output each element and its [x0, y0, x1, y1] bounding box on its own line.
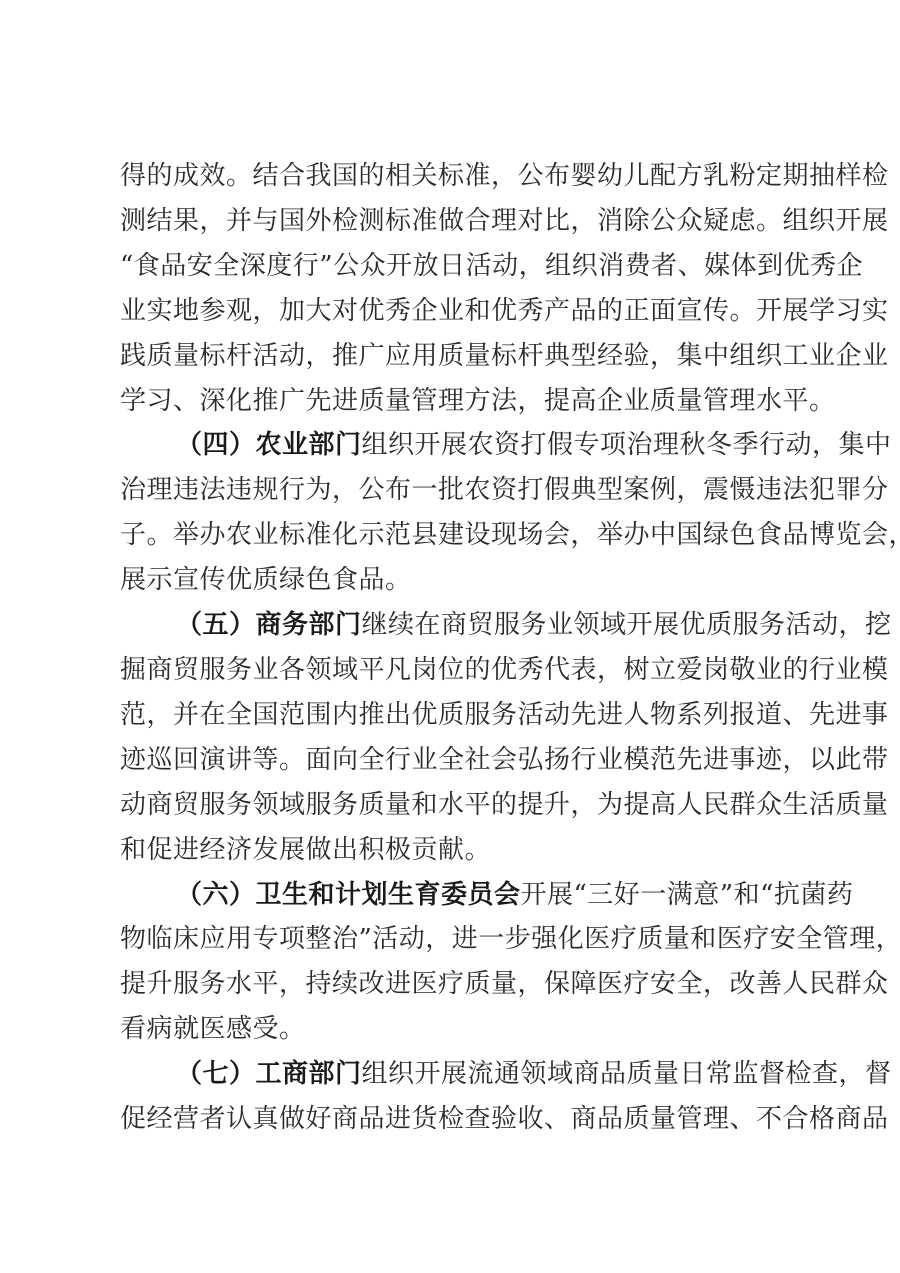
text-line: （四）农业部门组织开展农资打假专项治理秋冬季行动，集中 — [120, 423, 798, 468]
paragraph-continuation: 得的成效。结合我国的相关标准，公布婴幼儿配方乳粉定期抽样检 测结果，并与国外检测… — [120, 154, 798, 423]
text-line: “食品安全深度行”公众开放日活动，组织消费者、媒体到优秀企 — [120, 244, 798, 289]
text-line: 测结果，并与国外检测标准做合理对比，消除公众疑虑。组织开展 — [120, 199, 798, 244]
text-line: 和促进经济发展做出积极贡献。 — [120, 828, 798, 873]
text-line: 动商贸服务领域服务质量和水平的提升，为提高人民群众生活质量 — [120, 783, 798, 828]
text-line: 子。举办农业标准化示范县建设现场会，举办中国绿色食品博览会， — [120, 513, 798, 558]
section-heading-commerce: （五）商务部门 — [176, 610, 362, 640]
paragraph-health: （六）卫生和计划生育委员会开展“三好一满意”和“抗菌药 物临床应用专项整治”活动… — [120, 873, 798, 1053]
paragraph-agriculture: （四）农业部门组织开展农资打假专项治理秋冬季行动，集中 治理违法违规行为，公布一… — [120, 423, 798, 603]
text-line: 范，并在全国范围内推出优质服务活动先进人物系列报道、先进事 — [120, 693, 798, 738]
text-run: 继续在商贸服务业领域开展优质服务活动，挖 — [362, 610, 892, 640]
paragraph-industry-commerce: （七）工商部门组织开展流通领域商品质量日常监督检查，督 促经营者认真做好商品进货… — [120, 1052, 798, 1142]
text-line: （六）卫生和计划生育委员会开展“三好一满意”和“抗菌药 — [120, 873, 798, 918]
text-line: （五）商务部门继续在商贸服务业领域开展优质服务活动，挖 — [120, 603, 798, 648]
text-line: 物临床应用专项整治”活动，进一步强化医疗质量和医疗安全管理， — [120, 917, 798, 962]
text-run: 组织开展流通领域商品质量日常监督检查，督 — [362, 1059, 892, 1089]
text-line: 展示宣传优质绿色食品。 — [120, 558, 798, 603]
document-page: 得的成效。结合我国的相关标准，公布婴幼儿配方乳粉定期抽样检 测结果，并与国外检测… — [120, 154, 798, 1142]
text-line: 促经营者认真做好商品进货检查验收、商品质量管理、不合格商品 — [120, 1097, 798, 1142]
text-line: （七）工商部门组织开展流通领域商品质量日常监督检查，督 — [120, 1052, 798, 1097]
section-heading-health: （六）卫生和计划生育委员会 — [176, 880, 521, 910]
text-line: 提升服务水平，持续改进医疗质量，保障医疗安全，改善人民群众 — [120, 962, 798, 1007]
text-run: 组织开展农资打假专项治理秋冬季行动，集中 — [362, 430, 892, 460]
text-line: 看病就医感受。 — [120, 1007, 798, 1052]
section-heading-agriculture: （四）农业部门 — [176, 430, 362, 460]
text-line: 治理违法违规行为，公布一批农资打假典型案例，震慑违法犯罪分 — [120, 468, 798, 513]
text-line: 得的成效。结合我国的相关标准，公布婴幼儿配方乳粉定期抽样检 — [120, 154, 798, 199]
text-line: 学习、深化推广先进质量管理方法，提高企业质量管理水平。 — [120, 379, 798, 424]
text-line: 践质量标杆活动，推广应用质量标杆典型经验，集中组织工业企业 — [120, 334, 798, 379]
text-line: 掘商贸服务业各领域平凡岗位的优秀代表，树立爱岗敬业的行业模 — [120, 648, 798, 693]
text-line: 迹巡回演讲等。面向全行业全社会弘扬行业模范先进事迹，以此带 — [120, 738, 798, 783]
section-heading-industry-commerce: （七）工商部门 — [176, 1059, 362, 1089]
paragraph-commerce: （五）商务部门继续在商贸服务业领域开展优质服务活动，挖 掘商贸服务业各领域平凡岗… — [120, 603, 798, 872]
text-run: 开展“三好一满意”和“抗菌药 — [521, 880, 854, 910]
text-line: 业实地参观，加大对优秀企业和优秀产品的正面宣传。开展学习实 — [120, 289, 798, 334]
